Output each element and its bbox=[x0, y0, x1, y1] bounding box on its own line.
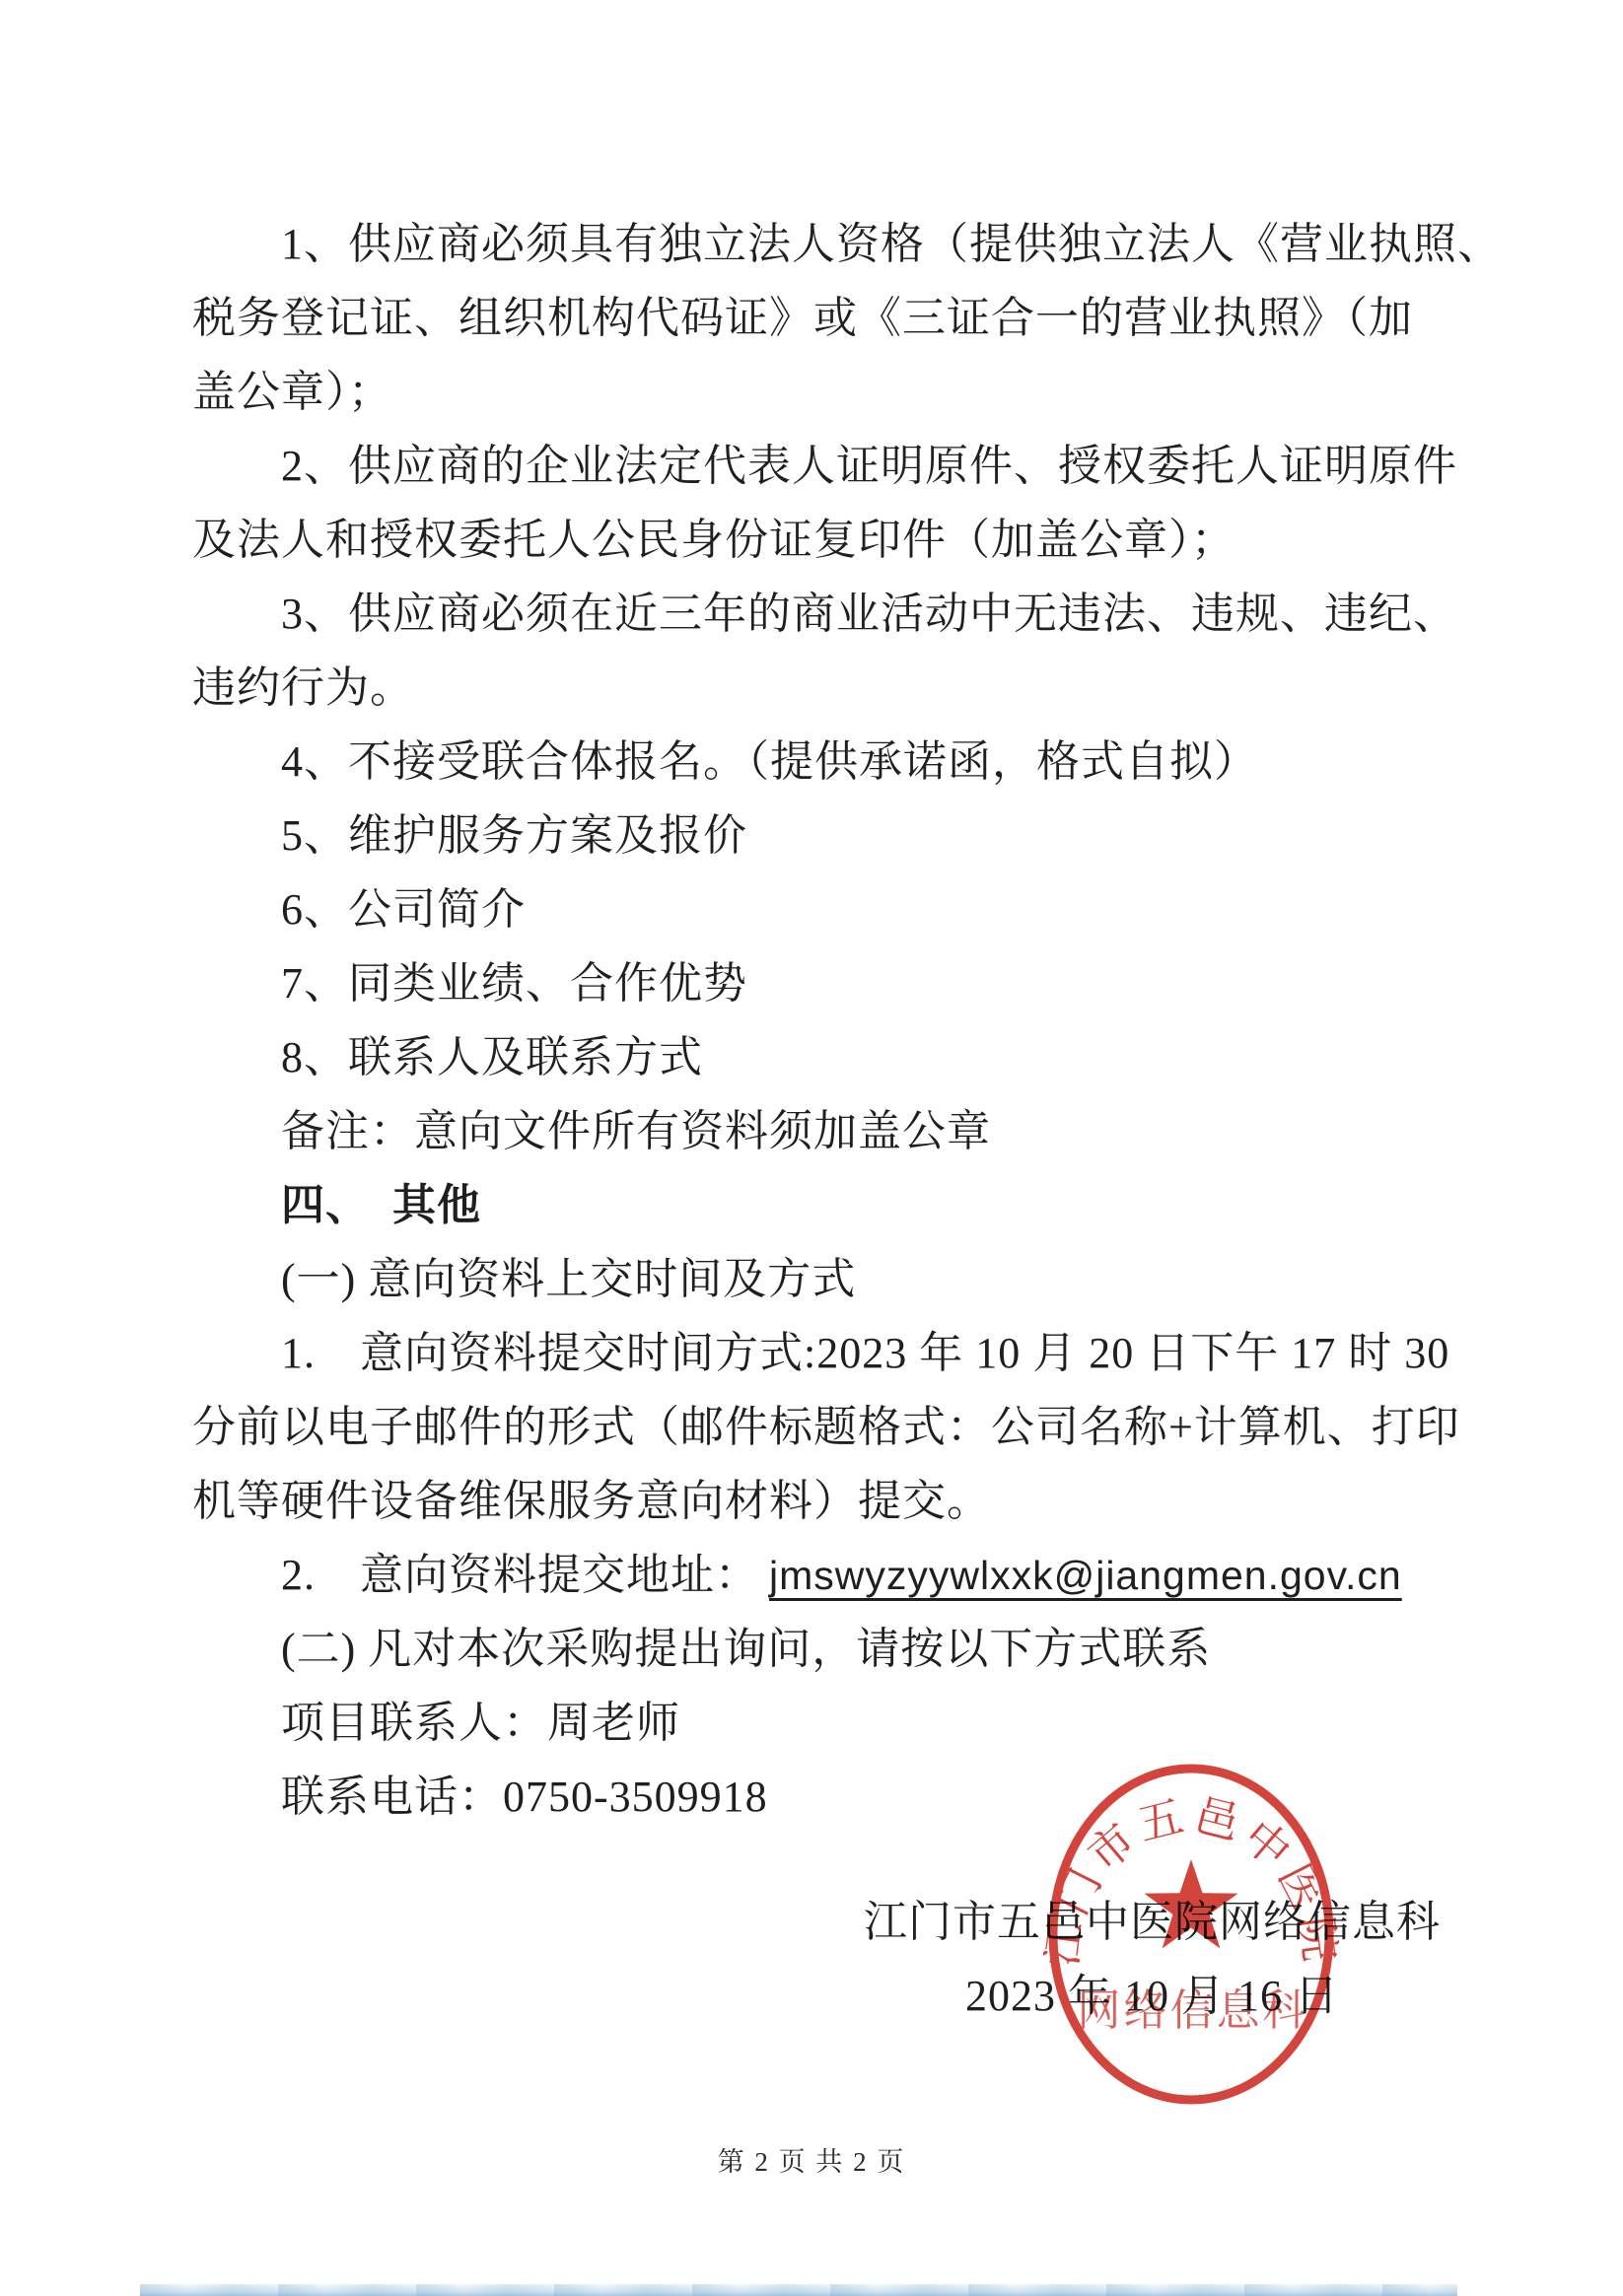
doc-line: 4、不接受联合体报名。（提供承诺函，格式自拟） bbox=[192, 725, 1441, 799]
doc-line: 税务登记证、组织机构代码证》或《三证合一的营业执照》（加 bbox=[192, 281, 1441, 355]
signature-block: 江门市五邑中医院网络信息科 2023 年 10 月 16 日 bbox=[864, 1885, 1441, 2033]
doc-line: 盖公章）； bbox=[192, 355, 1441, 429]
doc-line: 2、供应商的企业法定代表人证明原件、授权委托人证明原件 bbox=[192, 429, 1441, 503]
doc-line: 3、供应商必须在近三年的商业活动中无违法、违规、违纪、 bbox=[192, 577, 1441, 651]
email-line: 2. 意向资料提交地址：jmswyzyywlxxk@jiangmen.gov.c… bbox=[192, 1538, 1441, 1612]
contact-phone-line: 联系电话：0750-3509918 bbox=[192, 1760, 1441, 1834]
doc-line: 分前以电子邮件的形式（邮件标题格式：公司名称+计算机、打印 bbox=[192, 1390, 1441, 1464]
doc-line: 1、供应商必须具有独立法人资格（提供独立法人《营业执照、 bbox=[192, 207, 1441, 281]
doc-line: 及法人和授权委托人公民身份证复印件（加盖公章）； bbox=[192, 503, 1441, 577]
contact-person-line: 项目联系人：周老师 bbox=[192, 1686, 1441, 1760]
signature-department: 江门市五邑中医院网络信息科 bbox=[864, 1885, 1441, 1959]
doc-line: 6、公司简介 bbox=[192, 872, 1441, 946]
scanned-document-page: 1、供应商必须具有独立法人资格（提供独立法人《营业执照、 税务登记证、组织机构代… bbox=[0, 0, 1623, 2296]
doc-line: 违约行为。 bbox=[192, 651, 1441, 725]
doc-line: 机等硬件设备维保服务意向材料）提交。 bbox=[192, 1464, 1441, 1538]
sub-heading: (一) 意向资料上交时间及方式 bbox=[192, 1242, 1441, 1316]
submission-email-address: jmswyzyywlxxk@jiangmen.gov.cn bbox=[769, 1553, 1402, 1598]
scan-edge-artifact bbox=[140, 2284, 1457, 2296]
email-line-prefix: 2. 意向资料提交地址： bbox=[281, 1551, 759, 1599]
doc-line: 8、联系人及联系方式 bbox=[192, 1020, 1441, 1094]
page-number: 第 2 页 共 2 页 bbox=[0, 2139, 1623, 2185]
section-heading: 四、 其他 bbox=[192, 1168, 1441, 1242]
doc-line: 1. 意向资料提交时间方式:2023 年 10 月 20 日下午 17 时 30 bbox=[192, 1316, 1441, 1390]
sub-heading: (二) 凡对本次采购提出询问，请按以下方式联系 bbox=[192, 1612, 1441, 1686]
doc-line: 5、维护服务方案及报价 bbox=[192, 799, 1441, 872]
doc-line: 7、同类业绩、合作优势 bbox=[192, 946, 1441, 1020]
signature-date: 2023 年 10 月 16 日 bbox=[864, 1959, 1441, 2033]
document-body: 1、供应商必须具有独立法人资格（提供独立法人《营业执照、 税务登记证、组织机构代… bbox=[192, 207, 1441, 1834]
doc-line: 备注：意向文件所有资料须加盖公章 bbox=[192, 1094, 1441, 1168]
